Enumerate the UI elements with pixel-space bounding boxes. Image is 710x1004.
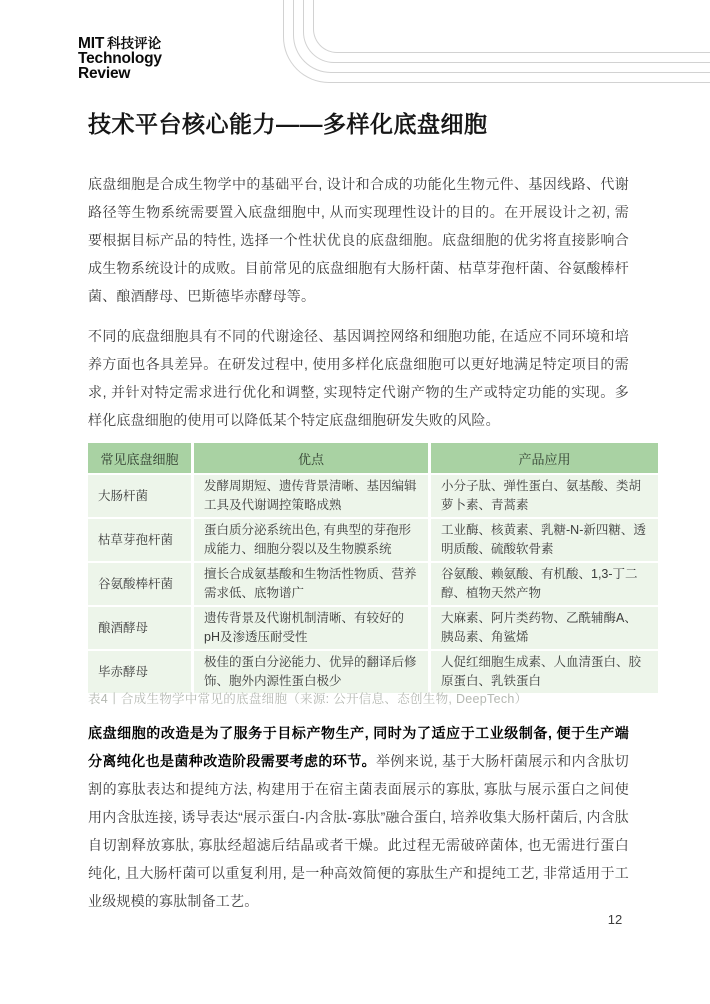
table-cell: 工业酶、核黄素、乳糖-N-新四糖、透明质酸、硫酸软骨素 xyxy=(431,519,658,561)
table-cell: 遗传背景及代谢机制清晰、有较好的pH及渗透压耐受性 xyxy=(194,607,428,649)
table-cell: 发酵周期短、遗传背景清晰、基因编辑工具及代谢调控策略成熟 xyxy=(194,475,428,517)
logo-line-1: MIT科技评论 xyxy=(78,36,162,51)
table-cell: 大麻素、阿片类药物、乙酰辅酶A、胰岛素、角鲨烯 xyxy=(431,607,658,649)
paragraph-3-rest: 举例来说, 基于大肠杆菌展示和内含肽切割的寡肽表达和提纯方法, 构建用于在宿主菌… xyxy=(88,753,629,909)
table-cell: 极佳的蛋白分泌能力、优异的翻译后修饰、胞外内源性蛋白极少 xyxy=(194,651,428,693)
table-header-row: 常见底盘细胞 优点 产品应用 xyxy=(88,443,658,473)
logo-cn: 科技评论 xyxy=(107,36,161,51)
table-cell: 毕赤酵母 xyxy=(88,651,191,693)
table-caption: 表4丨合成生物学中常见的底盘细胞（来源: 公开信息、态创生物, DeepTech… xyxy=(88,689,527,707)
table-header-advantages: 优点 xyxy=(194,443,428,473)
page-number: 12 xyxy=(600,912,630,927)
logo-line-3: Review xyxy=(78,66,162,81)
corner-line-4 xyxy=(313,0,710,53)
table-row: 枯草芽孢杆菌 蛋白质分泌系统出色, 有典型的芽孢形成能力、细胞分裂以及生物膜系统… xyxy=(88,519,658,561)
table-row: 谷氨酸棒杆菌 擅长合成氨基酸和生物活性物质、营养需求低、底物谱广 谷氨酸、赖氨酸… xyxy=(88,563,658,605)
page-title: 技术平台核心能力——多样化底盘细胞 xyxy=(88,106,488,139)
paragraph-2: 不同的底盘细胞具有不同的代谢途径、基因调控网络和细胞功能, 在适应不同环境和培养… xyxy=(88,322,629,434)
table-cell: 大肠杆菌 xyxy=(88,475,191,517)
table-row: 毕赤酵母 极佳的蛋白分泌能力、优异的翻译后修饰、胞外内源性蛋白极少 人促红细胞生… xyxy=(88,651,658,693)
logo-line-2: Technology xyxy=(78,51,162,66)
table-cell: 酿酒酵母 xyxy=(88,607,191,649)
table-cell: 小分子肽、弹性蛋白、氨基酸、类胡萝卜素、青蒿素 xyxy=(431,475,658,517)
paragraph-3: 底盘细胞的改造是为了服务于目标产物生产, 同时为了适应于工业级制备, 便于生产端… xyxy=(88,719,629,915)
table-row: 酿酒酵母 遗传背景及代谢机制清晰、有较好的pH及渗透压耐受性 大麻素、阿片类药物… xyxy=(88,607,658,649)
table-cell: 擅长合成氨基酸和生物活性物质、营养需求低、底物谱广 xyxy=(194,563,428,605)
mit-technology-review-logo: MIT科技评论 Technology Review xyxy=(78,36,162,81)
table-cell: 蛋白质分泌系统出色, 有典型的芽孢形成能力、细胞分裂以及生物膜系统 xyxy=(194,519,428,561)
chassis-cells-table: 常见底盘细胞 优点 产品应用 大肠杆菌 发酵周期短、遗传背景清晰、基因编辑工具及… xyxy=(85,441,661,695)
table-header-chassis: 常见底盘细胞 xyxy=(88,443,191,473)
table-cell: 枯草芽孢杆菌 xyxy=(88,519,191,561)
table-row: 大肠杆菌 发酵周期短、遗传背景清晰、基因编辑工具及代谢调控策略成熟 小分子肽、弹… xyxy=(88,475,658,517)
table-cell: 人促红细胞生成素、人血清蛋白、胶原蛋白、乳铁蛋白 xyxy=(431,651,658,693)
table-cell: 谷氨酸棒杆菌 xyxy=(88,563,191,605)
table-header-applications: 产品应用 xyxy=(431,443,658,473)
paragraph-1: 底盘细胞是合成生物学中的基础平台, 设计和合成的功能化生物元件、基因线路、代谢路… xyxy=(88,170,629,310)
table-cell: 谷氨酸、赖氨酸、有机酸、1,3-丁二醇、植物天然产物 xyxy=(431,563,658,605)
